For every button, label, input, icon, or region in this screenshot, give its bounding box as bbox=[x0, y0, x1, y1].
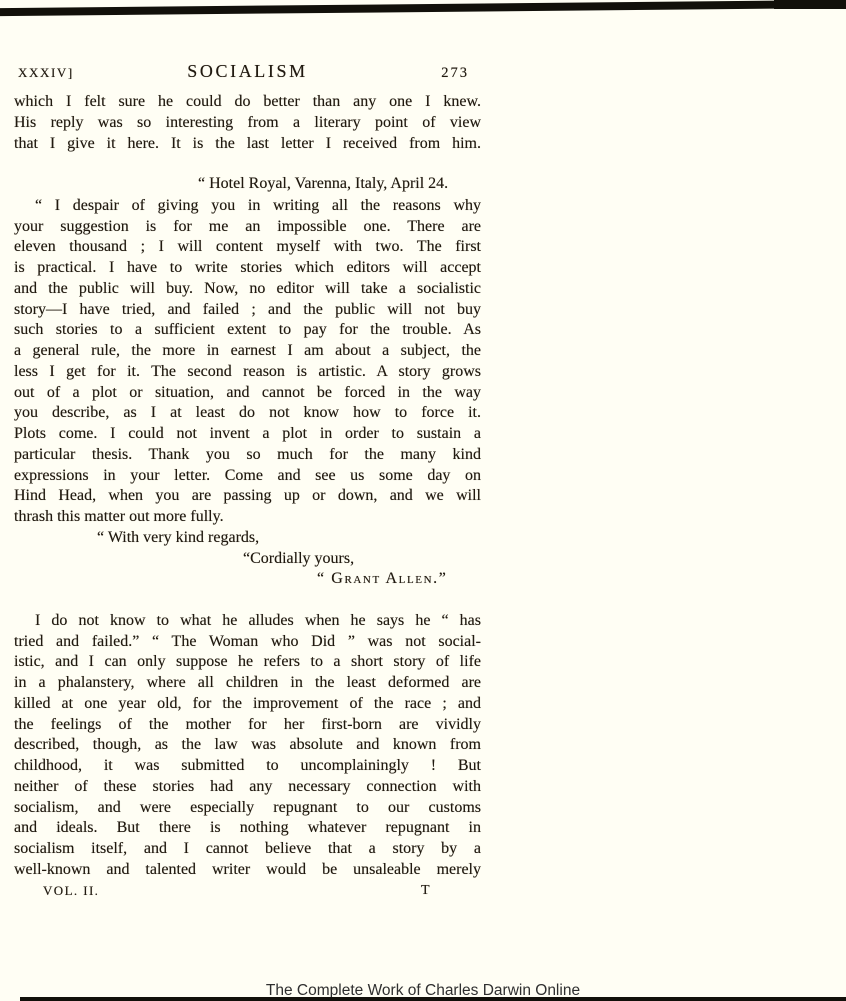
text-line: and ideals. But there is nothing whateve… bbox=[14, 818, 481, 839]
text-line: and the public will buy. Now, no editor … bbox=[14, 279, 481, 300]
gathering-signature-mark: T bbox=[421, 881, 430, 901]
text-line: story—I have tried, and failed ; and the… bbox=[14, 300, 481, 321]
text-line: istic, and I can only suppose he refers … bbox=[14, 652, 481, 673]
text-line: particular thesis. Thank you so much for… bbox=[14, 445, 481, 466]
scanned-book-page: XXXIV] SOCIALISM 273 which I felt sure h… bbox=[0, 0, 846, 1001]
text-line: that I give it here. It is the last lett… bbox=[14, 134, 481, 155]
letter-body: “ I despair of giving you in writing all… bbox=[14, 196, 481, 528]
intro-paragraph: which I felt sure he could do better tha… bbox=[14, 92, 481, 154]
text-line: you describe, as I at least do not know … bbox=[14, 403, 481, 424]
text-line: your suggestion is for me an impossible … bbox=[14, 217, 481, 238]
text-line: eleven thousand ; I will content myself … bbox=[14, 237, 481, 258]
text-line: in a phalanstery, where all children in … bbox=[14, 673, 481, 694]
text-line: less I get for it. The second reason is … bbox=[14, 362, 481, 383]
letter-dateline: “ Hotel Royal, Varenna, Italy, April 24. bbox=[198, 174, 448, 195]
text-line: His reply was so interesting from a lite… bbox=[14, 113, 481, 134]
text-line: Hind Head, when you are passing up or do… bbox=[14, 486, 481, 507]
text-line: neither of these stories had any necessa… bbox=[14, 777, 481, 798]
text-line: which I felt sure he could do better tha… bbox=[14, 92, 481, 113]
text-line: “ I despair of giving you in writing all… bbox=[14, 196, 481, 217]
text-line: expressions in your letter. Come and see… bbox=[14, 466, 481, 487]
text-line: well-known and talented writer would be … bbox=[14, 860, 481, 881]
page-number: 273 bbox=[441, 65, 469, 82]
text-line: tried and failed.” “ The Woman who Did ”… bbox=[14, 632, 481, 653]
text-line: I do not know to what he alludes when he… bbox=[14, 611, 481, 632]
text-line: Plots come. I could not invent a plot in… bbox=[14, 424, 481, 445]
letter-closing-regards: “ With very kind regards, bbox=[97, 528, 259, 549]
text-line: socialism, and were especially repugnant… bbox=[14, 798, 481, 819]
folio-line: VOL. II. T bbox=[14, 881, 481, 901]
running-head: XXXIV] SOCIALISM 273 bbox=[14, 60, 481, 83]
running-title: SOCIALISM bbox=[14, 61, 481, 82]
text-line: is practical. I have to write stories wh… bbox=[14, 258, 481, 279]
text-line: out of a plot or situation, and cannot b… bbox=[14, 383, 481, 404]
text-line: thrash this matter out more fully. bbox=[14, 507, 481, 528]
letter-closing-yours: “Cordially yours, bbox=[243, 549, 354, 570]
text-line: childhood, it was submitted to uncomplai… bbox=[14, 756, 481, 777]
text-line: such stories to a sufficient extent to p… bbox=[14, 320, 481, 341]
scan-edge-top-corner bbox=[774, 0, 846, 9]
volume-label: VOL. II. bbox=[43, 881, 99, 901]
text-line: a general rule, the more in earnest I am… bbox=[14, 341, 481, 362]
scan-edge-bottom-bar bbox=[20, 997, 846, 1001]
text-line: the feelings of the mother for her first… bbox=[14, 715, 481, 736]
letter-signature: “ Grant Allen.” bbox=[317, 569, 447, 590]
scan-edge-top-bar bbox=[0, 0, 846, 16]
text-line: killed at one year old, for the improvem… bbox=[14, 694, 481, 715]
text-line: described, though, as the law was absolu… bbox=[14, 735, 481, 756]
text-line: socialism itself, and I cannot believe t… bbox=[14, 839, 481, 860]
commentary-paragraph: I do not know to what he alludes when he… bbox=[14, 611, 481, 881]
